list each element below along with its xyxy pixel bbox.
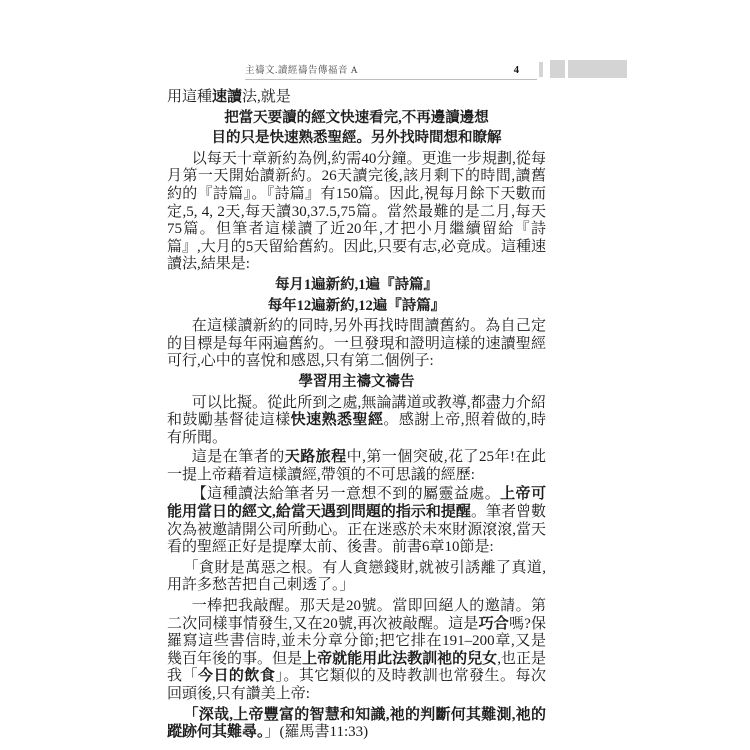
lead-paragraph: 用這種速讀法,就是 (167, 89, 546, 107)
page-body: 用這種速讀法,就是把當天要讀的經文快速看完,不再邊讀邊想目的只是快速熟悉聖經。另… (167, 89, 546, 742)
body-paragraph: 以每天十章新約為例,約需40分鐘。更進一步規劃,從每月第一天開始讀新約。26天讀… (167, 151, 546, 274)
quote-paragraph: 「貪財是萬惡之根。有人貪戀錢財,就被引誘離了真道,用許多愁苦把自己刺透了。」 (167, 560, 546, 595)
body-paragraph: 在這樣讀新約的同時,另外再找時間讀舊約。為自己定的目標是每年兩遍舊約。一旦發現和… (167, 318, 546, 371)
viewer-chrome-button-fragment-wide[interactable] (568, 60, 627, 78)
body-paragraph: 可以比擬。從此所到之處,無論講道或教導,都盡力介紹和鼓勵基督徒這樣快速熟悉聖經。… (167, 395, 546, 448)
centered-heading: 學習用主禱文禱告 (167, 374, 546, 392)
viewer-chrome-button-fragment-small[interactable] (550, 60, 565, 78)
running-header: 主禱文.讀經禱告傳福音 A 4 (245, 62, 537, 80)
body-paragraph: 這是在筆者的天路旅程中,第一個突破,花了25年!在此一提上帝藉着這樣讀經,帶領的… (167, 449, 546, 484)
document-page: 主禱文.讀經禱告傳福音 A 4 用這種速讀法,就是把當天要讀的經文快速看完,不再… (0, 0, 750, 750)
running-header-title: 主禱文.讀經禱告傳福音 A (245, 62, 358, 76)
centered-heading: 目的只是快速熟悉聖經。另外找時間想和瞭解 (167, 130, 546, 148)
centered-heading: 把當天要讀的經文快速看完,不再邊讀邊想 (167, 110, 546, 128)
page-number: 4 (514, 65, 537, 76)
body-paragraph: 一棒把我敲醒。那天是20號。當即回絕人的邀請。第二次同樣事情發生,又在20號,再… (167, 598, 546, 704)
centered-heading: 每年12遍新約,12遍『詩篇』 (167, 298, 546, 316)
page-content: 主禱文.讀經禱告傳福音 A 4 用這種速讀法,就是把當天要讀的經文快速看完,不再… (167, 62, 546, 745)
body-paragraph: 【這種讀法給筆者另一意想不到的屬靈益處。上帝可能用當日的經文,給當天遇到問題的指… (167, 486, 546, 556)
centered-heading: 每月1遍新約,1遍『詩篇』 (167, 277, 546, 295)
quote-paragraph: 「深哉,上帝豐富的智慧和知識,祂的判斷何其難測,祂的蹤跡何其難尋。」(羅馬書11… (167, 707, 546, 742)
